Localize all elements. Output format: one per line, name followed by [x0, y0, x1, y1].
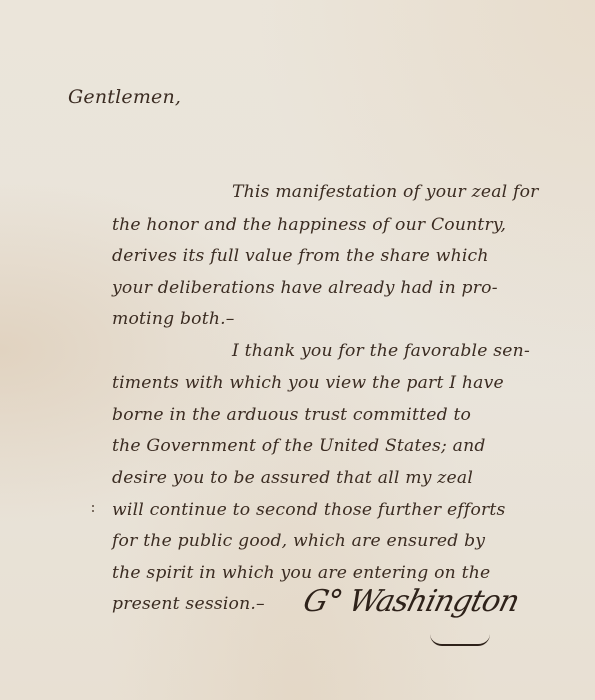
- letter-line: the spirit in which you are entering on …: [112, 565, 490, 582]
- letter-line: derives its full value from the share wh…: [112, 248, 489, 265]
- letter-line: desire you to be assured that all my zea…: [112, 470, 473, 487]
- ink-speck: [92, 505, 94, 507]
- letter-line: present session.–: [112, 596, 265, 613]
- signature-flourish: [430, 634, 490, 646]
- letter-line: This manifestation of your zeal for: [232, 184, 539, 201]
- signature: G° Washington: [300, 584, 523, 619]
- letter-line: for the public good, which are ensured b…: [112, 533, 485, 550]
- letter-line: moting both.–: [112, 311, 235, 328]
- letter-line: I thank you for the favorable sen-: [232, 343, 530, 360]
- letter-line: the Government of the United States; and: [112, 438, 486, 455]
- letter-line: borne in the arduous trust committed to: [112, 407, 471, 424]
- letter-line: timents with which you view the part I h…: [112, 375, 504, 392]
- ink-speck: [92, 510, 94, 512]
- letter-line: the honor and the happiness of our Count…: [112, 217, 506, 234]
- salutation: Gentlemen,: [68, 86, 181, 108]
- letter-line: your deliberations have already had in p…: [112, 280, 498, 297]
- letter-line: will continue to second those further ef…: [112, 502, 506, 519]
